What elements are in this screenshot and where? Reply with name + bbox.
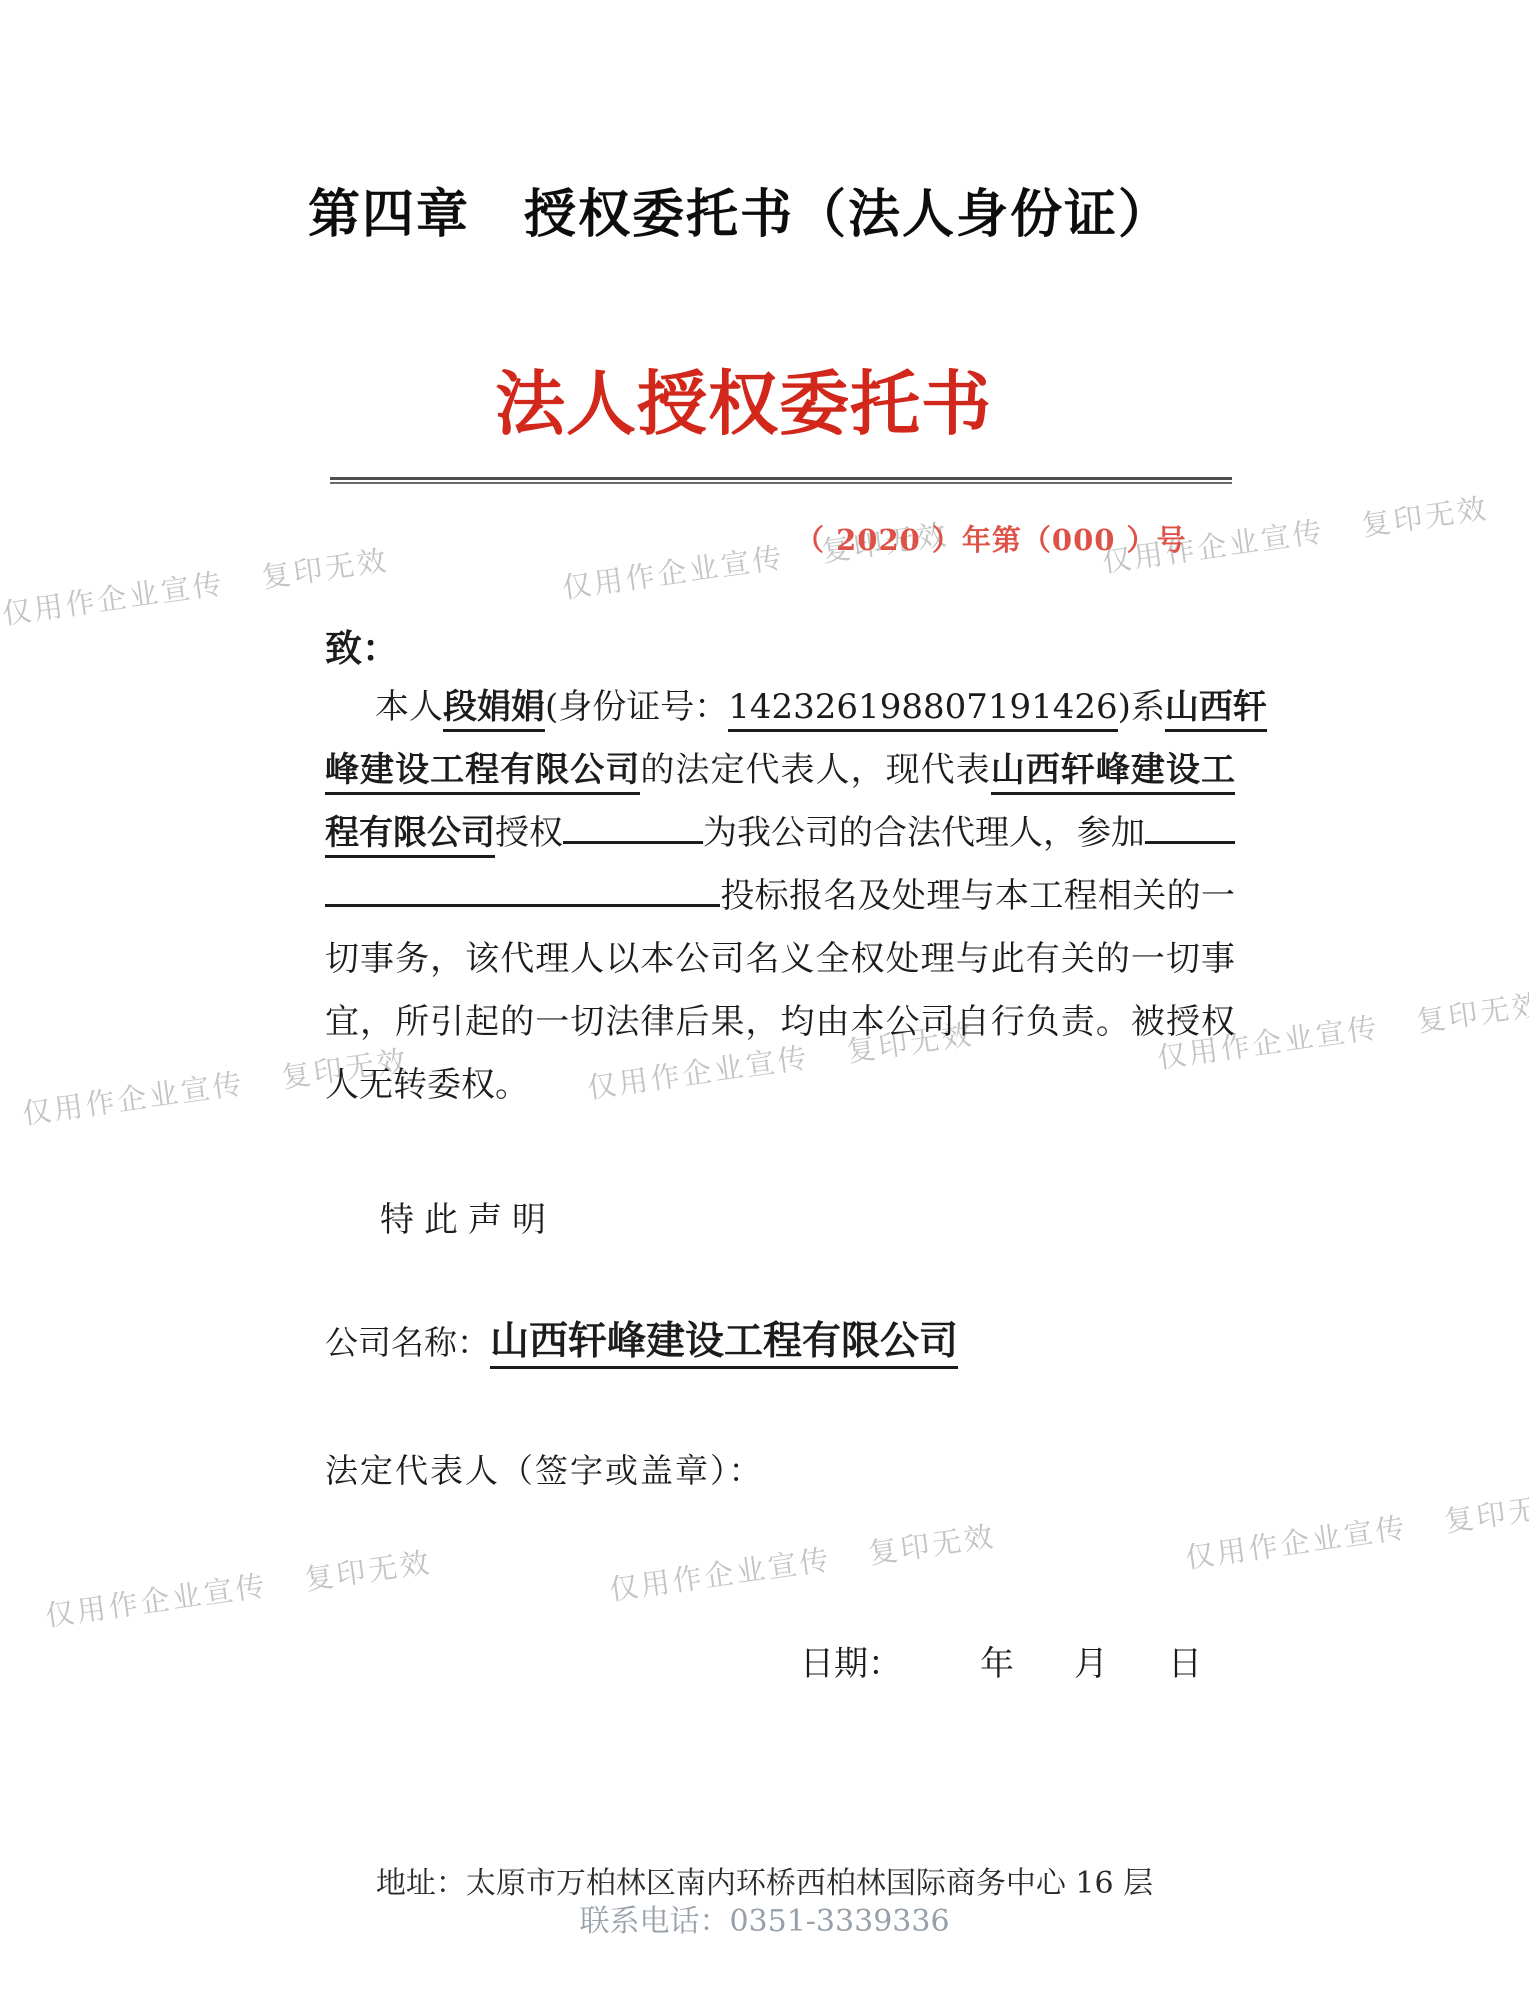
date-month-label: 月	[1074, 1644, 1108, 1684]
body-text: 宜，所引起的一切法律后果，均由本公司自行负责。被授权	[325, 1002, 1235, 1042]
chapter-title: 第四章 授权委托书（法人身份证）	[300, 172, 1180, 247]
body-text: )系	[1118, 687, 1165, 727]
body-paragraph: 本人段娟娟(身份证号：142326198807191426)系山西轩 峰建设工程…	[325, 676, 1235, 1117]
body-line: 人无转委权。	[325, 1054, 1235, 1117]
watermark-text: 仅用作企业宣传	[1183, 1510, 1410, 1575]
declaration: 特此声明	[380, 1192, 556, 1241]
body-text: 投标报名及处理与本工程相关的一	[720, 876, 1235, 916]
watermark-text: 复印无效	[1414, 987, 1529, 1038]
body-text: 人无转委权。	[325, 1065, 529, 1105]
body-line: 峰建设工程有限公司的法定代表人，现代表山西轩峰建设工	[325, 739, 1235, 802]
company-name-line: 公司名称：山西轩峰建设工程有限公司	[325, 1310, 958, 1366]
body-line: 切事务，该代理人以本公司名义全权处理与此有关的一切事	[325, 928, 1235, 991]
watermark: 仅用作企业宣传复印无效	[1182, 1482, 1529, 1577]
date-label: 日期：	[800, 1644, 902, 1684]
watermark-text: 仅用作企业宣传	[607, 1542, 834, 1607]
watermark: 仅用作企业宣传复印无效	[42, 1540, 434, 1635]
body-line: 投标报名及处理与本工程相关的一	[325, 865, 1235, 928]
project-name-blank	[325, 875, 720, 907]
company-name: 山西轩峰建设工程有限公司	[490, 1318, 958, 1369]
body-text: 授权	[495, 813, 563, 853]
body-text: 本人	[375, 687, 443, 727]
agent-name-blank	[563, 812, 703, 844]
watermark-text: 复印无效	[866, 1519, 998, 1570]
id-number: 142326198807191426	[728, 687, 1117, 732]
watermark-text: 复印无效	[1359, 491, 1491, 542]
document-title: 法人授权委托书	[495, 348, 992, 449]
legal-rep-name: 段娟娟	[443, 687, 545, 732]
body-line: 宜，所引起的一切法律后果，均由本公司自行负责。被授权	[325, 991, 1235, 1054]
watermark-text: 复印无效	[259, 543, 391, 594]
watermark: 仅用作企业宣传复印无效	[606, 1514, 998, 1609]
watermark-text: 仅用作企业宣传	[560, 540, 787, 605]
authorization-letter-page: 仅用作企业宣传复印无效 仅用作企业宣传复印无效 仅用作企业宣传复印无效 仅用作企…	[0, 0, 1529, 2003]
company-name-part: 程有限公司	[325, 813, 495, 858]
body-text: 为我公司的合法代理人，参加	[703, 813, 1145, 853]
company-name-part: 峰建设工程有限公司	[325, 750, 640, 795]
project-name-blank	[1145, 812, 1235, 844]
body-line: 本人段娟娟(身份证号：142326198807191426)系山西轩	[325, 676, 1235, 739]
date-line: 日期：年月日	[800, 1636, 1202, 1685]
body-text: (身份证号：	[545, 687, 728, 727]
body-line: 程有限公司授权为我公司的合法代理人，参加	[325, 802, 1235, 865]
watermark-text: 仅用作企业宣传	[20, 1066, 247, 1131]
date-day-label: 日	[1168, 1644, 1202, 1684]
double-rule-divider	[330, 477, 1232, 484]
company-name-label: 公司名称：	[325, 1323, 490, 1362]
company-name-part: 山西轩	[1165, 687, 1267, 732]
body-text: 切事务，该代理人以本公司名义全权处理与此有关的一切事	[325, 939, 1235, 979]
salutation: 致：	[325, 618, 399, 672]
footer-phone: 联系电话：0351-3339336	[0, 1896, 1529, 1940]
watermark-text: 复印无效	[1442, 1487, 1529, 1538]
company-name-part: 山西轩峰建设工	[991, 750, 1235, 795]
document-number: （ 2020 ）年第（000 ）号	[795, 518, 1187, 559]
legal-rep-signature-label: 法定代表人（签字或盖章）：	[325, 1445, 764, 1492]
watermark-text: 复印无效	[302, 1545, 434, 1596]
watermark-text: 仅用作企业宣传	[0, 566, 227, 631]
body-text: 的法定代表人，现代表	[640, 750, 990, 790]
date-year-label: 年	[980, 1644, 1014, 1684]
watermark-text: 仅用作企业宣传	[43, 1568, 270, 1633]
